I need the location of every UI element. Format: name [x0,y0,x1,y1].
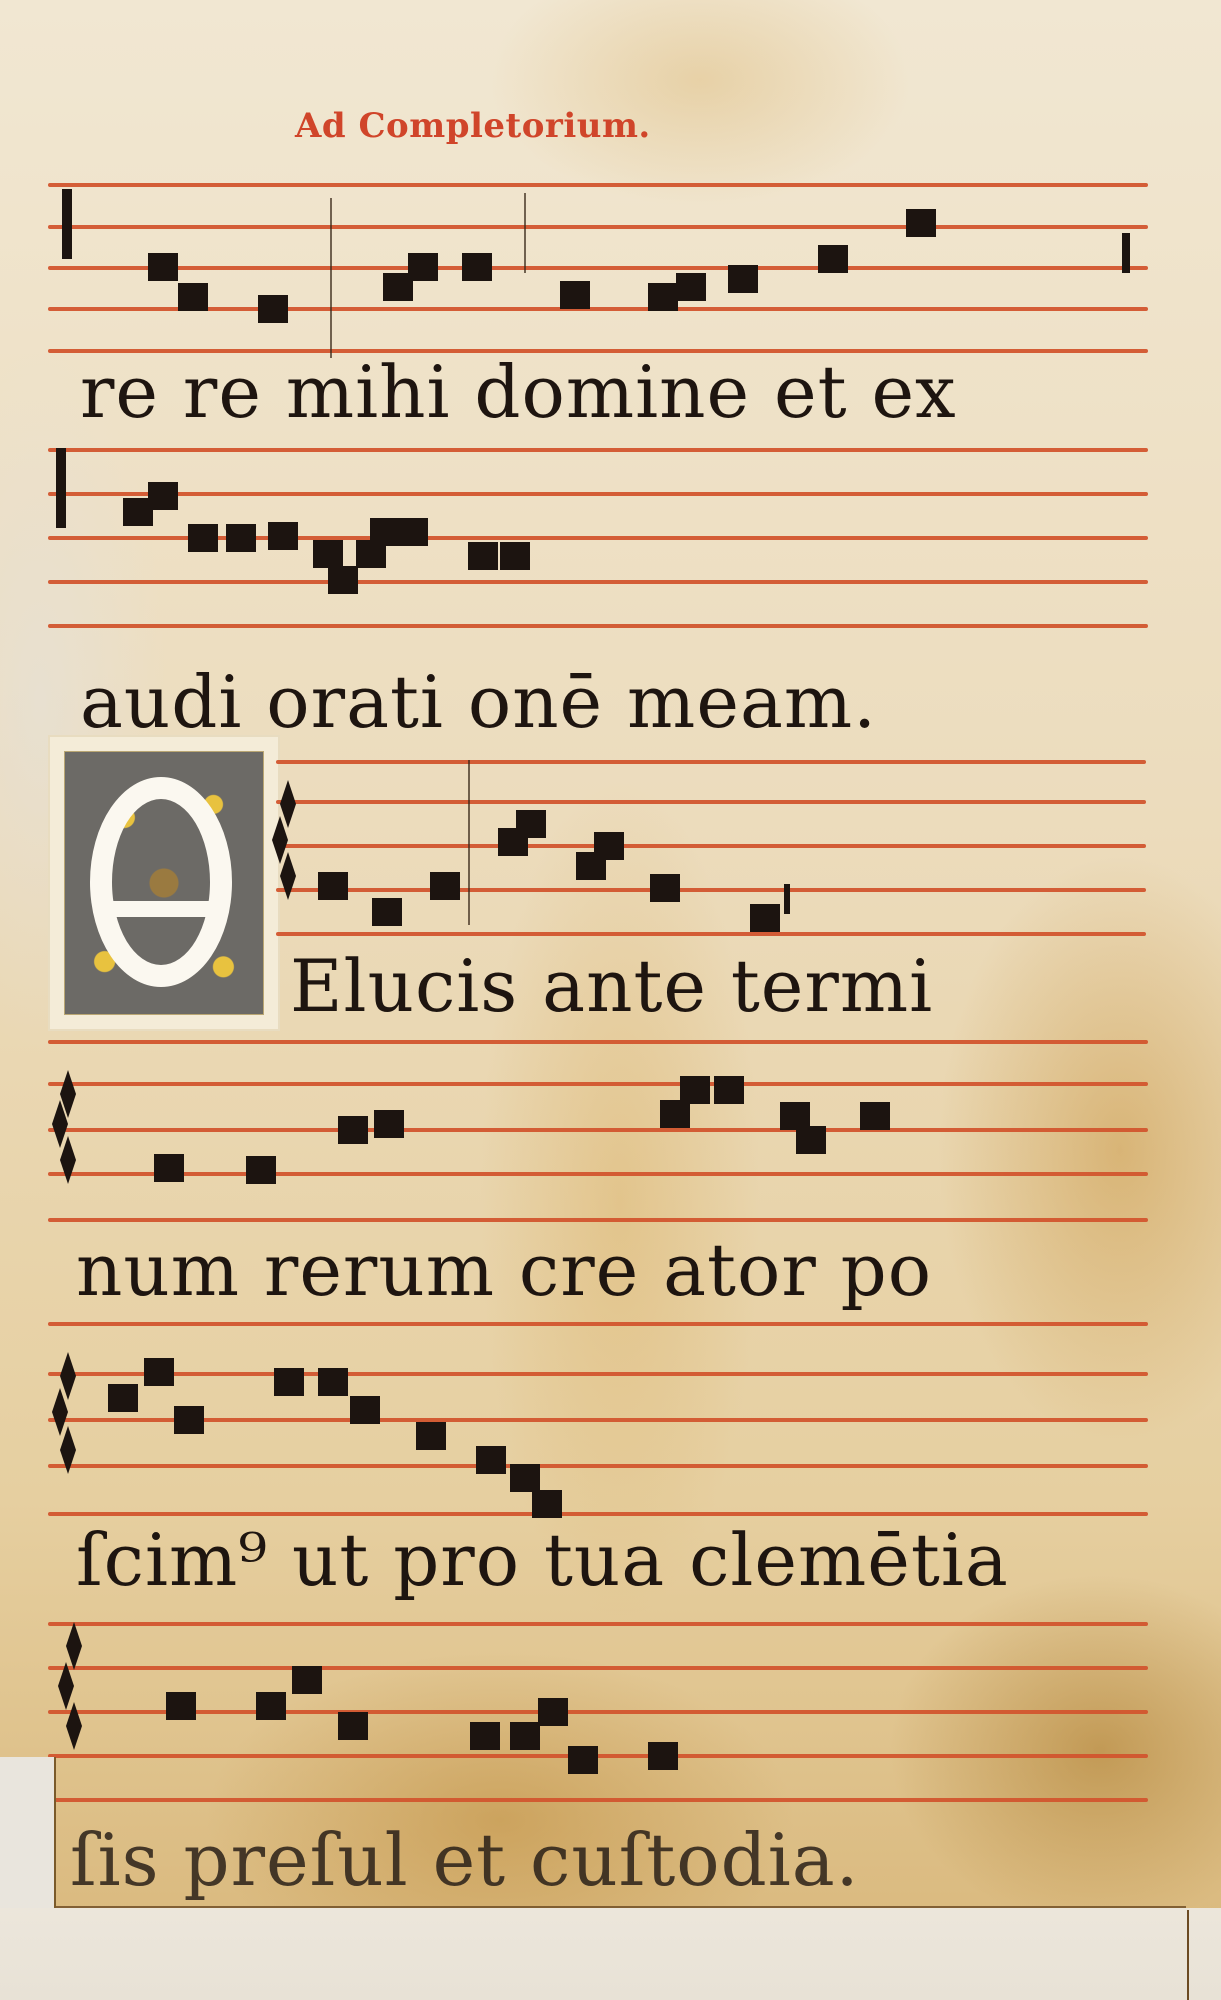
staff-6 [48,1622,1148,1802]
staff-3 [276,760,1146,940]
staff-2 [48,448,1148,628]
staff-4 [48,1040,1148,1235]
manuscript-page: Ad Completorium. re re mihi domine et ex [0,0,1221,2000]
lyric-line-6: ſis preſul et cuſtodia. [70,1818,860,1902]
staff-1 [48,183,1148,353]
lyric-line-4: num rerum cre ator po [76,1228,932,1312]
missing-corner [0,1757,56,1917]
illuminated-initial: T [48,735,280,1031]
lyric-line-1: re re mihi domine et ex [80,350,957,434]
staff-5 [48,1322,1148,1517]
lyric-line-5: ſcim⁹ ut pro tua clemētia [76,1518,1009,1602]
backing-paper [0,1908,1221,2000]
rubric-title: Ad Completorium. [295,106,651,146]
clef-icon [62,189,72,259]
lyric-line-3: Elucis ante termi [290,944,933,1028]
lyric-line-2: audi orati onē meam. [80,660,877,744]
